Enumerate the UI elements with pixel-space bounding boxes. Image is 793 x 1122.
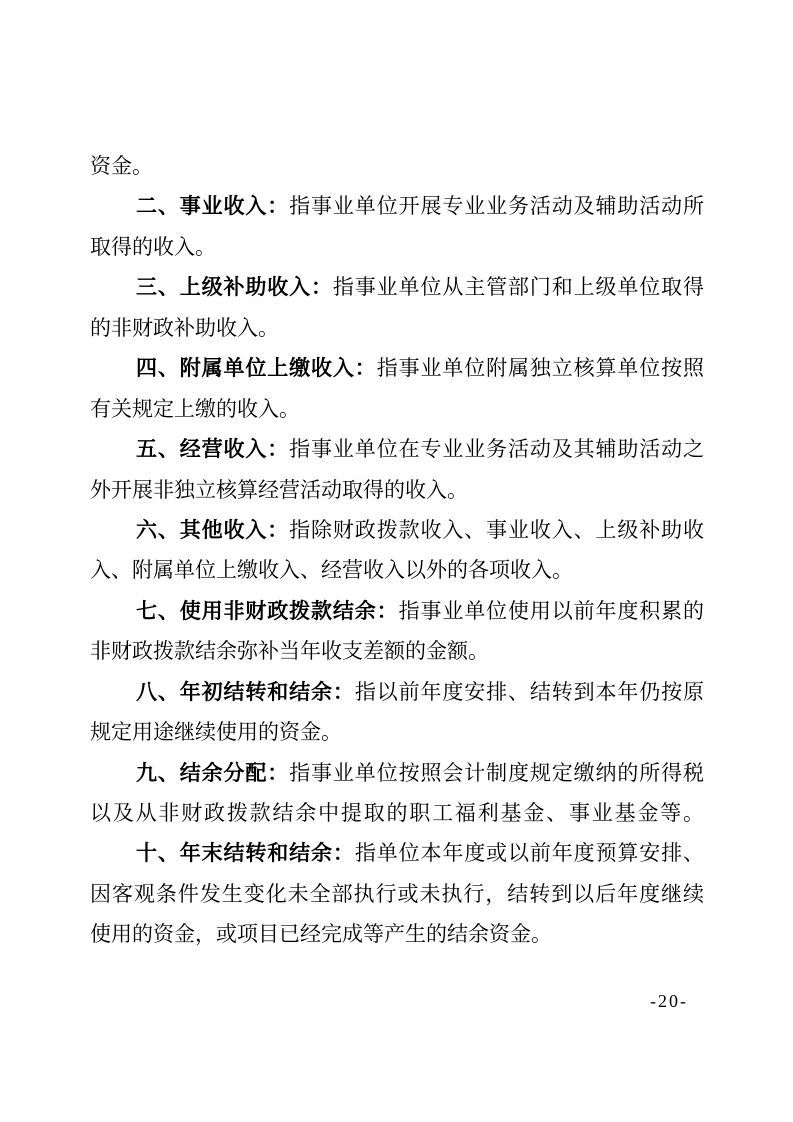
page-number: -20- (650, 991, 688, 1012)
term-heading: 九、结余分配： (136, 761, 289, 785)
term-definition: 指事业单位使用以前年度积累的 (399, 599, 704, 623)
text-line-content: 取得的收入。 (90, 235, 216, 259)
text-line: 入、附属单位上缴收入、经营收入以外的各项收入。 (90, 550, 704, 590)
term-definition: 指除财政拨款收入、事业收入、上级补助收 (289, 518, 704, 542)
text-line-content: 资金。 (90, 154, 153, 178)
term-definition: 指事业单位附属独立核算单位按照 (377, 356, 704, 380)
text-line: 八、年初结转和结余：指以前年度安排、结转到本年仍按原 (90, 672, 704, 712)
text-line-content: 非财政拨款结余弥补当年收支差额的金额。 (90, 639, 489, 663)
text-line: 五、经营收入：指事业单位在专业业务活动及其辅助活动之 (90, 429, 704, 469)
text-line: 的非财政补助收入。 (90, 308, 704, 348)
text-line: 六、其他收入：指除财政拨款收入、事业收入、上级补助收 (90, 510, 704, 550)
text-line-content: 使用的资金，或项目已经完成等产生的结余资金。 (90, 922, 552, 946)
text-line-content: 以及从非财政拨款结余中提取的职工福利基金、事业基金等。 (90, 801, 704, 825)
text-line: 九、结余分配：指事业单位按照会计制度规定缴纳的所得税 (90, 753, 704, 793)
text-line: 七、使用非财政拨款结余：指事业单位使用以前年度积累的 (90, 591, 704, 631)
text-line-content: 的非财政补助收入。 (90, 316, 279, 340)
text-line-content: 规定用途继续使用的资金。 (90, 720, 342, 744)
text-line: 使用的资金，或项目已经完成等产生的结余资金。 (90, 914, 704, 954)
text-line-content: 有关规定上缴的收入。 (90, 397, 300, 421)
term-definition: 指事业单位按照会计制度规定缴纳的所得税 (289, 761, 704, 785)
text-line: 规定用途继续使用的资金。 (90, 712, 704, 752)
term-definition: 指单位本年度或以前年度预算安排、 (355, 841, 704, 865)
term-heading: 八、年初结转和结余： (136, 680, 355, 704)
term-heading: 三、上级补助收入： (136, 275, 333, 299)
text-line: 外开展非独立核算经营活动取得的收入。 (90, 470, 704, 510)
term-definition: 指事业单位从主管部门和上级单位取得 (333, 275, 704, 299)
term-heading: 四、附属单位上缴收入： (136, 356, 377, 380)
text-line: 资金。 (90, 146, 704, 186)
term-heading: 二、事业收入： (136, 194, 289, 218)
document-body: 资金。 二、事业收入：指事业单位开展专业业务活动及辅助活动所 取得的收入。 三、… (90, 146, 704, 955)
text-line: 以及从非财政拨款结余中提取的职工福利基金、事业基金等。 (90, 793, 704, 833)
term-definition: 指事业单位在专业业务活动及其辅助活动之 (289, 437, 704, 461)
term-definition: 指以前年度安排、结转到本年仍按原 (355, 680, 704, 704)
text-line-content: 外开展非独立核算经营活动取得的收入。 (90, 478, 468, 502)
text-line-content: 因客观条件发生变化未全部执行或未执行，结转到以后年度继续 (90, 882, 704, 906)
term-heading: 六、其他收入： (136, 518, 289, 542)
term-heading: 十、年末结转和结余： (136, 841, 355, 865)
text-line: 二、事业收入：指事业单位开展专业业务活动及辅助活动所 (90, 186, 704, 226)
text-line: 因客观条件发生变化未全部执行或未执行，结转到以后年度继续 (90, 874, 704, 914)
text-line: 有关规定上缴的收入。 (90, 389, 704, 429)
text-line-content: 入、附属单位上缴收入、经营收入以外的各项收入。 (90, 558, 573, 582)
term-heading: 五、经营收入： (136, 437, 289, 461)
term-heading: 七、使用非财政拨款结余： (136, 599, 399, 623)
text-line: 非财政拨款结余弥补当年收支差额的金额。 (90, 631, 704, 671)
document-page: 资金。 二、事业收入：指事业单位开展专业业务活动及辅助活动所 取得的收入。 三、… (0, 0, 793, 1122)
text-line: 十、年末结转和结余：指单位本年度或以前年度预算安排、 (90, 833, 704, 873)
text-line: 取得的收入。 (90, 227, 704, 267)
term-definition: 指事业单位开展专业业务活动及辅助活动所 (289, 194, 704, 218)
text-line: 三、上级补助收入：指事业单位从主管部门和上级单位取得 (90, 267, 704, 307)
text-line: 四、附属单位上缴收入：指事业单位附属独立核算单位按照 (90, 348, 704, 388)
